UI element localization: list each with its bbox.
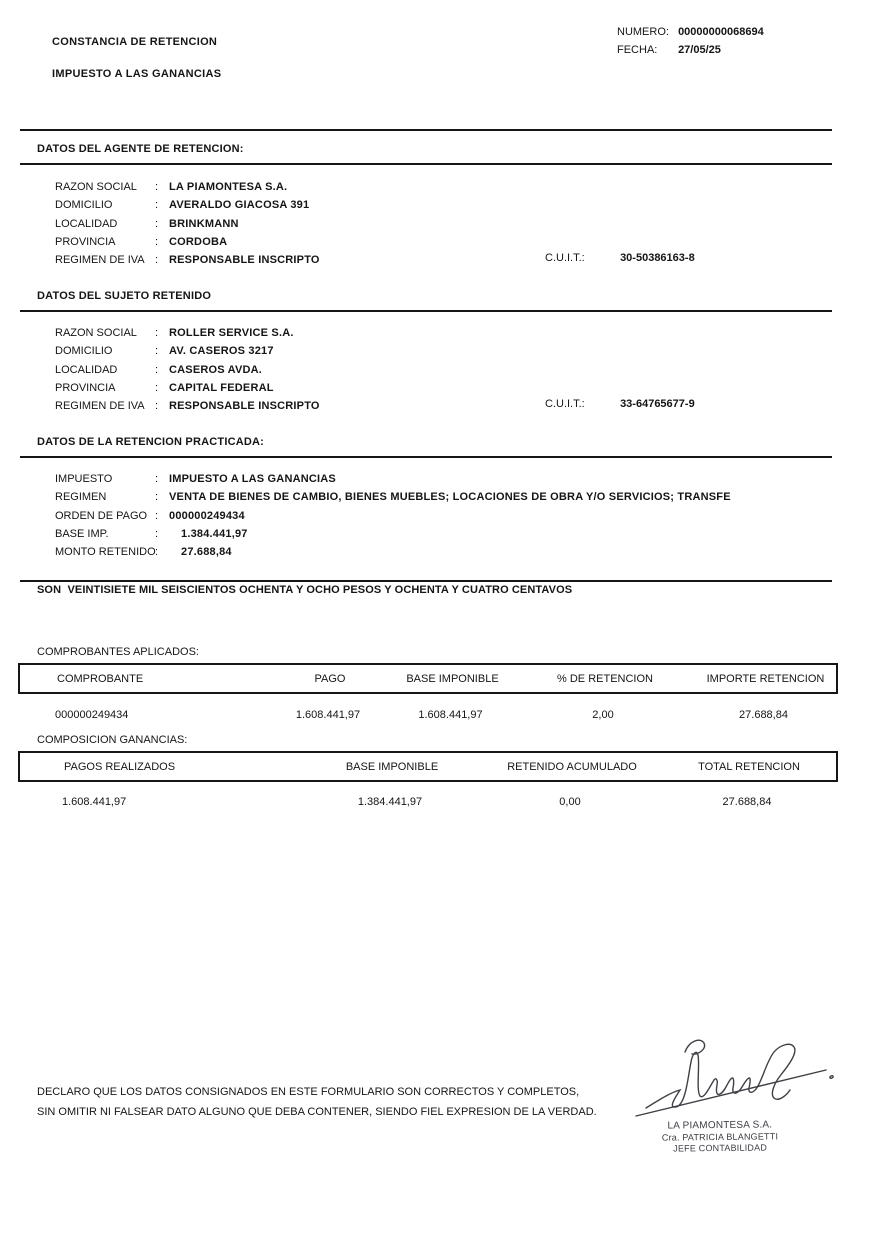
document-title: CONSTANCIA DE RETENCION: [52, 36, 217, 48]
agente-fields: RAZON SOCIAL:LA PIAMONTESA S.A. DOMICILI…: [55, 178, 320, 269]
cuit-value: 30-50386163-8: [620, 252, 695, 264]
field-label: ORDEN DE PAGO: [55, 507, 155, 525]
table-cell: 2,00: [513, 709, 693, 721]
field-value: VENTA DE BIENES DE CAMBIO, BIENES MUEBLE…: [169, 491, 731, 503]
numero-label: NUMERO:: [617, 26, 675, 38]
field-value: BRINKMANN: [169, 218, 239, 230]
sujeto-cuit-row: C.U.I.T.: 33-64765677-9: [545, 398, 695, 410]
table-cell: 27.688,84: [693, 709, 834, 721]
field-value: 27.688,84: [169, 546, 232, 558]
field-value: CORDOBA: [169, 236, 227, 248]
composicion-title: COMPOSICION GANANCIAS:: [37, 734, 187, 746]
table-cell: 0,00: [480, 796, 660, 808]
column-header: RETENIDO ACUMULADO: [482, 761, 662, 773]
field-regimen-iva: REGIMEN DE IVA:RESPONSABLE INSCRIPTO: [55, 251, 320, 269]
column-header: BASE IMPONIBLE: [302, 761, 482, 773]
field-value: CAPITAL FEDERAL: [169, 382, 274, 394]
amount-in-words: SON VEINTISIETE MIL SEISCIENTOS OCHENTA …: [37, 584, 572, 596]
stamp-signer-title: JEFE CONTABILIDAD: [640, 1142, 800, 1155]
column-header: PAGO: [270, 673, 390, 685]
column-header: % DE RETENCION: [515, 673, 695, 685]
column-header: BASE IMPONIBLE: [390, 673, 515, 685]
divider-line: [20, 163, 832, 165]
sujeto-fields: RAZON SOCIAL:ROLLER SERVICE S.A. DOMICIL…: [55, 324, 320, 415]
divider-line: [20, 580, 832, 582]
table-cell: 1.608.441,97: [268, 709, 388, 721]
field-label: DOMICILIO: [55, 342, 155, 360]
comprobantes-title: COMPROBANTES APLICADOS:: [37, 646, 199, 658]
field-localidad: LOCALIDAD:BRINKMANN: [55, 215, 320, 233]
field-label: RAZON SOCIAL: [55, 324, 155, 342]
fecha-row: FECHA: 27/05/25: [617, 44, 721, 56]
agente-cuit-row: C.U.I.T.: 30-50386163-8: [545, 252, 695, 264]
retencion-fields: IMPUESTO:IMPUESTO A LAS GANANCIAS REGIME…: [55, 470, 731, 561]
table-cell: 27.688,84: [660, 796, 834, 808]
field-value: LA PIAMONTESA S.A.: [169, 181, 287, 193]
declaration-line-1: DECLARO QUE LOS DATOS CONSIGNADOS EN EST…: [37, 1086, 579, 1098]
field-label: PROVINCIA: [55, 233, 155, 251]
handwritten-signature: [628, 1028, 848, 1123]
numero-row: NUMERO: 00000000068694: [617, 26, 764, 38]
table-cell: 000000249434: [18, 709, 268, 721]
comprobantes-data-row: 000000249434 1.608.441,97 1.608.441,97 2…: [18, 705, 834, 725]
field-value: AV. CASEROS 3217: [169, 345, 274, 357]
column-header: IMPORTE RETENCION: [695, 673, 836, 685]
field-label: REGIMEN DE IVA: [55, 251, 155, 269]
field-label: MONTO RETENIDO: [55, 543, 155, 561]
stamp-signer-name: Cra. PATRICIA BLANGETTI: [640, 1131, 800, 1144]
signature-stamp-block: LA PIAMONTESA S.A. Cra. PATRICIA BLANGET…: [640, 1119, 800, 1155]
constancia-retencion-document: CONSTANCIA DE RETENCION IMPUESTO A LAS G…: [0, 0, 870, 1240]
field-label: BASE IMP.: [55, 525, 155, 543]
column-header: TOTAL RETENCION: [662, 761, 836, 773]
divider-line: [20, 310, 832, 312]
field-value: AVERALDO GIACOSA 391: [169, 199, 309, 211]
field-value: ROLLER SERVICE S.A.: [169, 327, 294, 339]
field-provincia: PROVINCIA:CAPITAL FEDERAL: [55, 379, 320, 397]
table-cell: 1.384.441,97: [300, 796, 480, 808]
field-razon-social: RAZON SOCIAL:LA PIAMONTESA S.A.: [55, 178, 320, 196]
field-value: RESPONSABLE INSCRIPTO: [169, 254, 320, 266]
section-title-sujeto: DATOS DEL SUJETO RETENIDO: [37, 290, 211, 302]
fecha-value: 27/05/25: [678, 44, 721, 56]
field-domicilio: DOMICILIO:AV. CASEROS 3217: [55, 342, 320, 360]
field-value: CASEROS AVDA.: [169, 364, 262, 376]
field-monto-retenido: MONTO RETENIDO:27.688,84: [55, 543, 731, 561]
field-label: LOCALIDAD: [55, 215, 155, 233]
field-value: RESPONSABLE INSCRIPTO: [169, 400, 320, 412]
field-label: IMPUESTO: [55, 470, 155, 488]
table-cell: 1.608.441,97: [388, 709, 513, 721]
declaration-line-2: SIN OMITIR NI FALSEAR DATO ALGUNO QUE DE…: [37, 1106, 597, 1118]
document-subtitle: IMPUESTO A LAS GANANCIAS: [52, 68, 221, 80]
fecha-label: FECHA:: [617, 44, 675, 56]
field-razon-social: RAZON SOCIAL:ROLLER SERVICE S.A.: [55, 324, 320, 342]
field-domicilio: DOMICILIO:AVERALDO GIACOSA 391: [55, 196, 320, 214]
composicion-header-row: PAGOS REALIZADOS BASE IMPONIBLE RETENIDO…: [18, 751, 838, 782]
field-provincia: PROVINCIA:CORDOBA: [55, 233, 320, 251]
cuit-label: C.U.I.T.:: [545, 252, 617, 264]
field-label: REGIMEN: [55, 488, 155, 506]
field-regimen-iva: REGIMEN DE IVA:RESPONSABLE INSCRIPTO: [55, 397, 320, 415]
field-value: IMPUESTO A LAS GANANCIAS: [169, 473, 336, 485]
column-header: PAGOS REALIZADOS: [20, 761, 302, 773]
field-value: 1.384.441,97: [169, 528, 248, 540]
field-impuesto: IMPUESTO:IMPUESTO A LAS GANANCIAS: [55, 470, 731, 488]
field-label: RAZON SOCIAL: [55, 178, 155, 196]
field-base-imponible: BASE IMP.:1.384.441,97: [55, 525, 731, 543]
divider-line: [20, 129, 832, 131]
field-localidad: LOCALIDAD:CASEROS AVDA.: [55, 361, 320, 379]
section-title-agente: DATOS DEL AGENTE DE RETENCION:: [37, 143, 244, 155]
cuit-value: 33-64765677-9: [620, 398, 695, 410]
field-orden-de-pago: ORDEN DE PAGO:000000249434: [55, 507, 731, 525]
divider-line: [20, 456, 832, 458]
field-label: DOMICILIO: [55, 196, 155, 214]
column-header: COMPROBANTE: [20, 673, 270, 685]
field-regimen: REGIMEN:VENTA DE BIENES DE CAMBIO, BIENE…: [55, 488, 731, 506]
comprobantes-header-row: COMPROBANTE PAGO BASE IMPONIBLE % DE RET…: [18, 663, 838, 694]
field-label: PROVINCIA: [55, 379, 155, 397]
table-cell: 1.608.441,97: [18, 796, 300, 808]
numero-value: 00000000068694: [678, 26, 764, 38]
field-value: 000000249434: [169, 510, 245, 522]
composicion-data-row: 1.608.441,97 1.384.441,97 0,00 27.688,84: [18, 792, 834, 812]
field-label: LOCALIDAD: [55, 361, 155, 379]
field-label: REGIMEN DE IVA: [55, 397, 155, 415]
cuit-label: C.U.I.T.:: [545, 398, 617, 410]
section-title-retencion: DATOS DE LA RETENCION PRACTICADA:: [37, 436, 264, 448]
